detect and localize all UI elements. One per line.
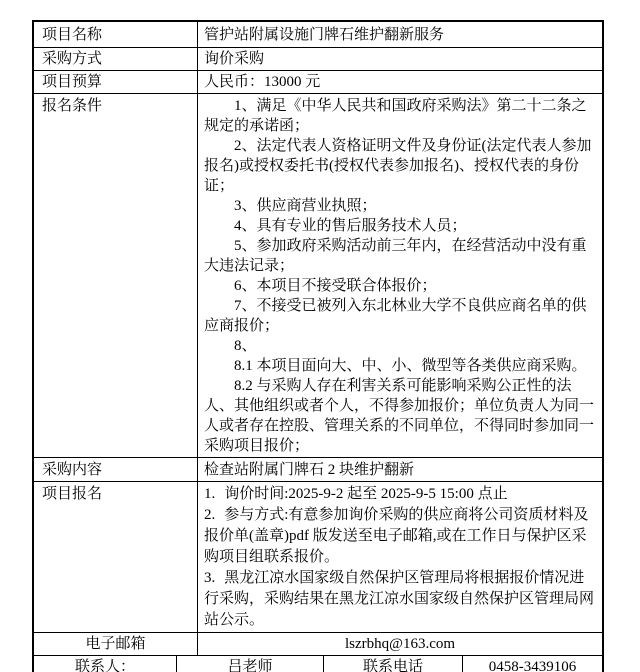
registration-item-number: 1.: [204, 486, 215, 502]
registration-label: 项目报名: [34, 482, 197, 632]
registration-row: 项目报名 1.询价时间:2025-9-2 起至 2025-9-5 15:00 点…: [34, 481, 602, 632]
requirement-item: 8.2 与采购人存在利害关系可能影响采购公正性的法人、其他组织或者个人，不得参加…: [204, 376, 596, 456]
requirement-item: 3、供应商营业执照；: [204, 196, 596, 216]
procurement-method-label: 采购方式: [34, 48, 197, 70]
requirements-label: 报名条件: [34, 94, 197, 457]
budget-value: 人民币：13000 元: [197, 71, 602, 93]
requirement-item: 8、: [204, 336, 596, 356]
registration-item-number: 2.: [204, 507, 215, 523]
content-label: 采购内容: [34, 458, 197, 481]
requirement-item: 7、不接受已被列入东北林业大学不良供应商名单的供应商报价；: [204, 296, 596, 336]
requirement-item: 6、本项目不接受联合体报价；: [204, 276, 596, 296]
registration-item-text: 参与方式:有意参加询价采购的供应商将公司资质材料及报价单(盖章)pdf 版发送至…: [204, 507, 588, 565]
budget-label: 项目预算: [34, 71, 197, 93]
email-label: 电子邮箱: [34, 633, 197, 655]
requirement-item: 1、满足《中华人民共和国政府采购法》第二十二条之规定的承诺函；: [204, 96, 596, 136]
content-row: 采购内容 检查站附属门牌石 2 块维护翻新: [34, 457, 602, 481]
procurement-method-value: 询价采购: [197, 48, 602, 70]
procurement-method-row: 采购方式 询价采购: [34, 47, 602, 70]
contact-row: 联系人： 吕老师 联系电话 0458-3439106: [34, 655, 602, 672]
registration-item-number: 3.: [204, 570, 215, 586]
requirement-item: 4、具有专业的售后服务技术人员；: [204, 216, 596, 236]
procurement-notice-page: 项目名称 管护站附属设施门牌石维护翻新服务 采购方式 询价采购 项目预算 人民币…: [0, 0, 640, 672]
budget-row: 项目预算 人民币：13000 元: [34, 70, 602, 93]
contact-phone-number: 0458-3439106: [462, 656, 602, 672]
registration-item: 3.黑龙江凉水国家级自然保护区管理局将根据报价情况进行采购，采购结果在黑龙江凉水…: [204, 568, 596, 631]
requirement-item: 5、参加政府采购活动前三年内，在经营活动中没有重大违法记录；: [204, 236, 596, 276]
content-value: 检查站附属门牌石 2 块维护翻新: [197, 458, 602, 481]
registration-item: 1.询价时间:2025-9-2 起至 2025-9-5 15:00 点止: [204, 484, 596, 505]
contact-phone-label: 联系电话: [323, 656, 462, 672]
project-name-value: 管护站附属设施门牌石维护翻新服务: [197, 22, 602, 47]
requirements-value: 1、满足《中华人民共和国政府采购法》第二十二条之规定的承诺函； 2、法定代表人资…: [197, 94, 602, 457]
requirement-item: 8.1 本项目面向大、中、小、微型等各类供应商采购。: [204, 356, 596, 376]
contact-person-name: 吕老师: [176, 656, 323, 672]
registration-item-text: 黑龙江凉水国家级自然保护区管理局将根据报价情况进行采购，采购结果在黑龙江凉水国家…: [204, 570, 594, 628]
registration-item: 2.参与方式:有意参加询价采购的供应商将公司资质材料及报价单(盖章)pdf 版发…: [204, 505, 596, 568]
email-row: 电子邮箱 lszrbhq@163.com: [34, 632, 602, 655]
requirements-row: 报名条件 1、满足《中华人民共和国政府采购法》第二十二条之规定的承诺函； 2、法…: [34, 93, 602, 457]
registration-item-text: 询价时间:2025-9-2 起至 2025-9-5 15:00 点止: [224, 486, 507, 502]
contact-person-label: 联系人：: [34, 656, 176, 672]
email-value: lszrbhq@163.com: [197, 633, 602, 655]
project-name-label: 项目名称: [34, 22, 197, 47]
procurement-notice-table: 项目名称 管护站附属设施门牌石维护翻新服务 采购方式 询价采购 项目预算 人民币…: [32, 20, 604, 672]
project-name-row: 项目名称 管护站附属设施门牌石维护翻新服务: [34, 22, 602, 47]
requirement-item: 2、法定代表人资格证明文件及身份证(法定代表人参加报名)或授权委托书(授权代表参…: [204, 136, 596, 196]
registration-value: 1.询价时间:2025-9-2 起至 2025-9-5 15:00 点止 2.参…: [197, 482, 602, 632]
